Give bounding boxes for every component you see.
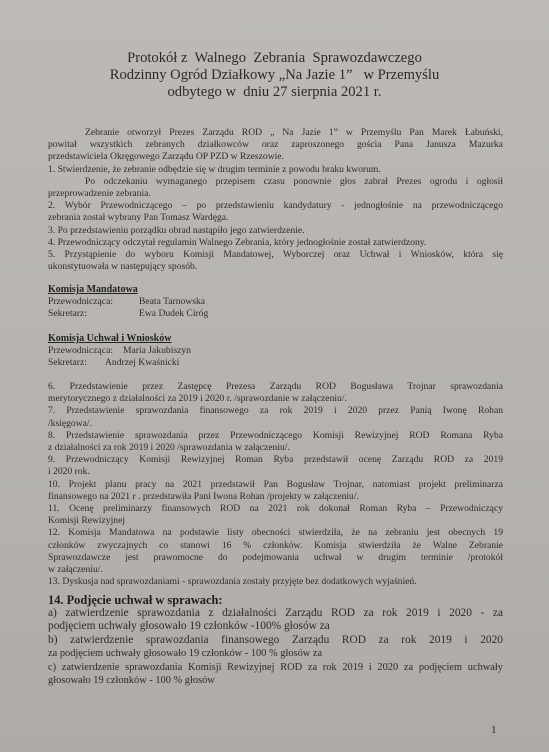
item-2: 2. Wybór Przewodniczącego – po przedstaw… — [48, 200, 503, 212]
item-10: finansowego na 2021 r . przedstawiła Pan… — [48, 491, 503, 503]
intro-line: powitał wszystkich zebranych działkowców… — [48, 139, 503, 151]
member-row: Sekretarz: Ewa Dudek Ciróg — [48, 308, 503, 320]
member-role: Sekretarz: — [48, 308, 139, 320]
item-6: 6. Przedstawienie przez Zastępcę Prezesa… — [48, 381, 503, 393]
title-line-2: Rodzinny Ogród Działkowy „Na Jazie 1” w … — [0, 67, 549, 84]
title-line-3: odbytego w dniu 27 sierpnia 2021 r. — [0, 84, 549, 101]
member-row: Przewodnicząca: Maria Jakubiszyn — [48, 345, 503, 357]
komisja-mandatowa-section: Komisja Mandatowa Przewodnicząca: Beata … — [48, 284, 503, 321]
item-8: z działalności za rok 2019 i 2020 /spraw… — [48, 442, 503, 454]
komisja-uchwal-section: Komisja Uchwał i Wniosków Przewodnicząca… — [48, 333, 503, 370]
komisja-mandatowa-heading: Komisja Mandatowa — [48, 284, 503, 296]
item-6: merytorycznego z działalności za 2019 i … — [48, 393, 503, 405]
item-1-continuation: Po odczekaniu wymaganego przepisem czasu… — [48, 176, 503, 188]
item-7: 7. Przedstawienie sprawozdania finansowe… — [48, 405, 503, 417]
intro-paragraph: Zebranie otworzył Prezes Zarządu ROD „ N… — [48, 127, 503, 273]
section-14-heading: 14. Podjęcie uchwał w sprawach: — [48, 593, 503, 607]
section-14: 14. Podjęcie uchwał w sprawach: a) zatwi… — [48, 593, 503, 687]
item-13: 13. Dyskusja nad sprawozdaniami - sprawo… — [48, 576, 503, 588]
item-2: zebrania został wybrany Pan Tomasz Wardę… — [48, 212, 503, 224]
resolution-a: a) zatwierdzenie sprawozdania z działaln… — [48, 607, 503, 620]
page-number: 1 — [491, 724, 497, 736]
member-role: Sekretarz: — [48, 357, 105, 369]
resolution-c: głosowało 19 członków - 100 % głosów — [48, 674, 503, 687]
item-9: 9. Przewodniczący Komisji Rewizyjnej Rom… — [48, 454, 503, 466]
item-3: 3. Po przedstawieniu porządku obrad nast… — [48, 225, 503, 237]
item-11: Komisji Rewizyjnej — [48, 515, 503, 527]
agenda-items-6-13: 6. Przedstawienie przez Zastępcę Prezesa… — [48, 381, 503, 588]
resolution-b: b) zatwierdzenie sprawozdania finansoweg… — [48, 634, 503, 647]
item-8: 8. Przedstawienie sprawozdania przez Prz… — [48, 430, 503, 442]
member-name: Ewa Dudek Ciróg — [139, 308, 208, 320]
item-11: 11. Ocenę preliminarzy finansowych ROD n… — [48, 503, 503, 515]
item-4: 4. Przewodniczący odczytał regulamin Wal… — [48, 237, 503, 249]
resolution-b: za podjęciem uchwały głosowało 19 członk… — [48, 647, 503, 660]
item-1-continuation: przeprowadzenie zebrania. — [48, 188, 503, 200]
item-10: 10. Projekt planu pracy na 2021 przedsta… — [48, 479, 503, 491]
item-5: 5. Przystąpienie do wyboru Komisji Manda… — [48, 249, 503, 261]
item-12: 12. Komisja Mandatowa na podstawie listy… — [48, 527, 503, 539]
intro-line: Zebranie otworzył Prezes Zarządu ROD „ N… — [48, 127, 503, 139]
member-row: Przewodnicząca: Beata Tarnowska — [48, 296, 503, 308]
document-page: Protokół z Walnego Zebrania Sprawozdawcz… — [0, 0, 549, 752]
komisja-uchwal-heading: Komisja Uchwał i Wniosków — [48, 333, 503, 345]
document-title: Protokół z Walnego Zebrania Sprawozdawcz… — [0, 50, 549, 101]
item-7: /księgowa/. — [48, 418, 503, 430]
item-12: Sprawozdawcze jest prawomocne do podejmo… — [48, 552, 503, 564]
member-name: Andrzej Kwaśnicki — [105, 357, 179, 369]
member-row: Sekretarz: Andrzej Kwaśnicki — [48, 357, 503, 369]
item-1: 1. Stwierdzenie, że zebranie odbędzie si… — [48, 164, 503, 176]
title-line-1: Protokół z Walnego Zebrania Sprawozdawcz… — [0, 50, 549, 67]
member-name: Beata Tarnowska — [139, 296, 205, 308]
item-12: w załączeniu/. — [48, 564, 503, 576]
intro-line: przedstawiciela Okręgowego Zarządu OP PZ… — [48, 151, 503, 163]
item-12: członków zwyczajnych co stanowi 16 % czł… — [48, 540, 503, 552]
item-5: ukonstytuowała w następujący sposób. — [48, 261, 503, 273]
member-role: Przewodnicząca: — [48, 345, 123, 357]
item-9: i 2020 rok. — [48, 466, 503, 478]
resolution-a: podjęciem uchwały głosowało 19 członków … — [48, 620, 503, 633]
member-role: Przewodnicząca: — [48, 296, 139, 308]
member-name: Maria Jakubiszyn — [123, 345, 191, 357]
resolution-c: c) zatwierdzenie sprawozdania Komisji Re… — [48, 661, 503, 674]
